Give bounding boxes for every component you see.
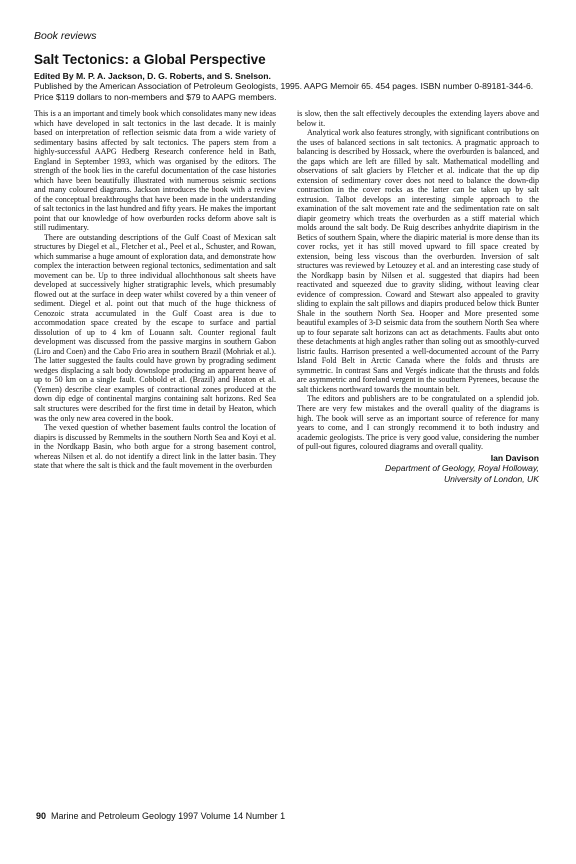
reviewer-affiliation-2: University of London, UK — [297, 474, 539, 485]
page-number: 90 — [36, 811, 46, 821]
section-label: Book reviews — [34, 30, 96, 42]
body-column-left: This is a an important and timely book w… — [34, 109, 276, 471]
review-editors: Edited By M. P. A. Jackson, D. G. Robert… — [34, 71, 271, 81]
journal-info: Marine and Petroleum Geology 1997 Volume… — [51, 811, 285, 821]
paragraph-3-continued: is slow, then the salt effectively decou… — [297, 109, 539, 128]
paragraph-1: This is a an important and timely book w… — [34, 109, 276, 233]
review-title: Salt Tectonics: a Global Perspective — [34, 52, 266, 67]
page-footer: 90Marine and Petroleum Geology 1997 Volu… — [36, 811, 285, 821]
body-column-right: is slow, then the salt effectively decou… — [297, 109, 539, 485]
paragraph-3-start: The vexed question of whether basement f… — [34, 423, 276, 471]
reviewer-affiliation-1: Department of Geology, Royal Holloway, — [297, 463, 539, 474]
reviewer-name: Ian Davison — [297, 453, 539, 464]
paragraph-5: The editors and publishers are to be con… — [297, 394, 539, 451]
publication-info: Published by the American Association of… — [34, 81, 544, 103]
reviewer-signature: Ian Davison Department of Geology, Royal… — [297, 453, 539, 485]
paragraph-4: Analytical work also features strongly, … — [297, 128, 539, 394]
paragraph-2: There are outstanding descriptions of th… — [34, 233, 276, 423]
